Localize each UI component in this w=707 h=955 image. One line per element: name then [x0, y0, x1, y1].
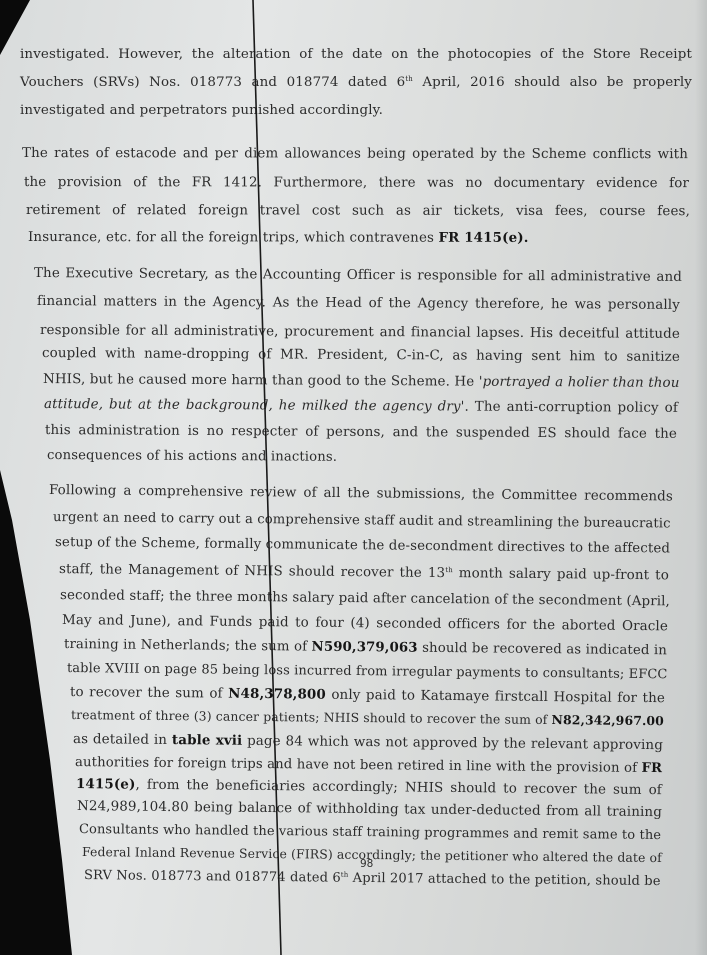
text-line: staff, the Management of NHIS should rec… — [59, 562, 669, 583]
text-line: The rates of estacode and per diem allow… — [22, 146, 688, 162]
text-line: this administration is no respecter of p… — [45, 423, 677, 442]
text-line: The Executive Secretary, as the Accounti… — [34, 266, 682, 285]
text-line: setup of the Scheme, formally communicat… — [55, 535, 670, 556]
text-line: attitude, but at the background, he milk… — [44, 397, 678, 416]
text-line: training in Netherlands; the sum of N590… — [64, 637, 667, 658]
text-line: Following a comprehensive review of all … — [49, 483, 673, 505]
text-line: treatment of three (3) cancer patients; … — [71, 707, 664, 728]
text-line: N24,989,104.80 being balance of withhold… — [77, 799, 662, 820]
text-line: authorities for foreign trips and have n… — [75, 755, 662, 776]
text-line: 1415(e), from the beneficiaries accordin… — [76, 776, 662, 798]
text-line: coupled with name-dropping of MR. Presid… — [42, 346, 680, 365]
text-line: Insurance, etc. for all the foreign trip… — [28, 229, 537, 246]
text-line: investigated. However, the alteration of… — [20, 47, 692, 62]
text-line: seconded staff; the three months salary … — [60, 588, 670, 609]
page-number: 98 — [360, 858, 373, 870]
text-line: table XVIII on page 85 being loss incurr… — [67, 661, 667, 682]
text-line: consequences of his actions and inaction… — [47, 448, 337, 465]
document-page: investigated. However, the alteration of… — [0, 0, 707, 955]
text-line: May and June), and Funds paid to four (4… — [62, 613, 668, 634]
text-line: as detailed in table xvii page 84 which … — [73, 731, 663, 753]
text-line: responsible for all administrative, proc… — [40, 323, 680, 342]
text-line: retirement of related foreign travel cos… — [26, 203, 690, 219]
text-line: urgent an need to carry out a comprehens… — [53, 510, 670, 531]
text-line: SRV Nos. 018773 and 018774 dated 6th Apr… — [84, 868, 660, 889]
text-line: the provision of the FR 1412. Furthermor… — [24, 175, 689, 191]
text-line: NHIS, but he caused more harm than good … — [43, 372, 679, 391]
text-line: Vouchers (SRVs) Nos. 018773 and 018774 d… — [20, 75, 692, 90]
text-line: Consultants who handled the various staf… — [79, 822, 661, 843]
text-line: to recover the sum of N48,378,800 only p… — [70, 684, 665, 706]
text-line: investigated and perpetrators punished a… — [20, 103, 402, 118]
text-line: financial matters in the Agency. As the … — [37, 294, 680, 313]
